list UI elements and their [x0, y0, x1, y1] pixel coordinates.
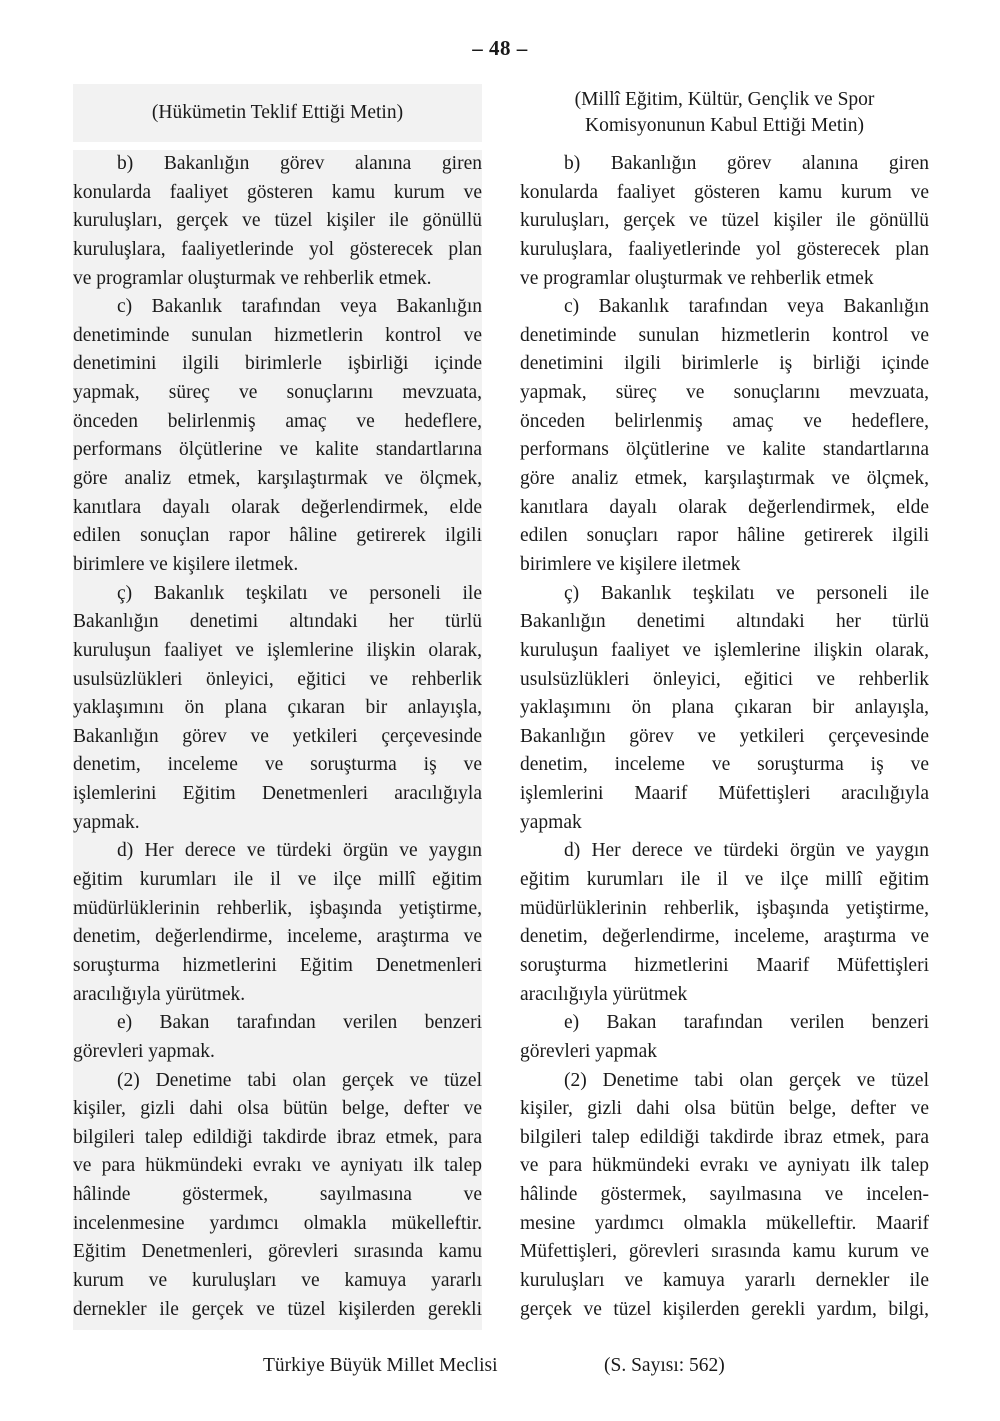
text-line: kanıtlara dayalı olarak değerlendirmek, … — [520, 494, 929, 523]
text-line: bilgileri talep edildiği takdirde ibraz … — [73, 1124, 482, 1153]
text-line: denetiminde sunulan hizmetlerin kontrol … — [520, 322, 929, 351]
text-line: birimlere ve kişilere iletmek. — [73, 551, 482, 580]
text-line: aracılığıyla yürütmek. — [73, 981, 482, 1010]
text-line: Bakanlığın görev ve yetkileri çerçevesin… — [520, 723, 929, 752]
text-line: e) Bakan tarafından verilen benzeri — [520, 1009, 929, 1038]
text-line: bilgileri talep edildiği takdirde ibraz … — [520, 1124, 929, 1153]
text-line: konularda faaliyet gösteren kamu kurum v… — [520, 179, 929, 208]
text-line: kuruluşun faaliyet ve işlemlerine ilişki… — [73, 637, 482, 666]
text-line: mesine yardımcı olmakla mükelleftir. Maa… — [520, 1210, 929, 1239]
text-line: yapmak. — [73, 809, 482, 838]
text-line: müdürlüklerinin rehberlik, işbaşında yet… — [73, 895, 482, 924]
text-line: b) Bakanlığın görev alanına giren — [520, 150, 929, 179]
text-line: işlemlerini Maarif Müfettişleri aracılığ… — [520, 780, 929, 809]
footer-institution: Türkiye Büyük Millet Meclisi — [263, 1355, 498, 1377]
text-line: kanıtlara dayalı olarak değerlendirmek, … — [73, 494, 482, 523]
commission-text-header: (Millî Eğitim, Kültür, Gençlik ve Spor K… — [520, 84, 929, 142]
text-line: kuruluşları, gerçek ve tüzel kişiler ile… — [73, 207, 482, 236]
text-line: görevleri yapmak. — [73, 1038, 482, 1067]
text-line: göre analiz etmek, karşılaştırmak ve ölç… — [73, 465, 482, 494]
text-line: yapmak, süreç ve sonuçlarını mevzuata, — [520, 379, 929, 408]
text-line: denetiminde sunulan hizmetlerin kontrol … — [73, 322, 482, 351]
text-line: denetim, değerlendirme, inceleme, araştı… — [520, 923, 929, 952]
text-line: kuruluşları, gerçek ve tüzel kişiler ile… — [520, 207, 929, 236]
text-line: yaklaşımını ön plana çıkaran bir anlayış… — [73, 694, 482, 723]
text-line: gerçek ve tüzel kişilerden gerekli yardı… — [520, 1296, 929, 1325]
text-line: aracılığıyla yürütmek — [520, 981, 929, 1010]
text-line: eğitim kurumları ile il ve ilçe millî eğ… — [73, 866, 482, 895]
commission-text-body: b) Bakanlığın görev alanına girenkonular… — [520, 150, 929, 1324]
text-line: e) Bakan tarafından verilen benzeri — [73, 1009, 482, 1038]
text-line: denetimini ilgili birimlerle işbirliği i… — [73, 350, 482, 379]
text-line: kişiler, gizli dahi olsa bütün belge, de… — [73, 1095, 482, 1124]
text-line: performans ölçütlerine ve kalite standar… — [73, 436, 482, 465]
text-line: c) Bakanlık tarafından veya Bakanlığın — [520, 293, 929, 322]
commission-text-header-line-2: Komisyonunun Kabul Ettiği Metin) — [575, 113, 875, 139]
commission-text-header-line-1: (Millî Eğitim, Kültür, Gençlik ve Spor — [575, 87, 875, 113]
footer-issue-number: (S. Sayısı: 562) — [604, 1355, 725, 1377]
text-line: ç) Bakanlık teşkilatı ve personeli ile — [73, 580, 482, 609]
text-line: müdürlüklerinin rehberlik, işbaşında yet… — [520, 895, 929, 924]
text-line: denetim, inceleme ve soruşturma iş ve — [73, 751, 482, 780]
text-line: kuruluşlara, faaliyetlerinde yol göstere… — [73, 236, 482, 265]
text-line: soruşturma hizmetlerini Eğitim Denetmenl… — [73, 952, 482, 981]
text-line: Bakanlığın denetimi altındaki her türlü — [520, 608, 929, 637]
text-line: denetimini ilgili birimlerle iş birliği … — [520, 350, 929, 379]
text-line: eğitim kurumları ile il ve ilçe millî eğ… — [520, 866, 929, 895]
page-number: – 48 – — [0, 36, 1000, 61]
text-line: ve para hükmündeki evrakı ve ayniyatı il… — [73, 1152, 482, 1181]
text-line: incelenmesine yardımcı olmakla mükelleft… — [73, 1210, 482, 1239]
text-line: kuruluşun faaliyet ve işlemlerine ilişki… — [520, 637, 929, 666]
text-line: Bakanlığın denetimi altındaki her türlü — [73, 608, 482, 637]
government-text-header-label: (Hükümetin Teklif Ettiği Metin) — [152, 100, 403, 126]
text-line: Müfettişleri, görevleri sırasında kamu k… — [520, 1238, 929, 1267]
text-line: kurum ve kuruluşları ve kamuya yararlı — [73, 1267, 482, 1296]
text-line: (2) Denetime tabi olan gerçek ve tüzel — [520, 1067, 929, 1096]
text-line: önceden belirlenmiş amaç ve hedeflere, — [73, 408, 482, 437]
text-line: hâlinde göstermek, sayılmasına ve — [73, 1181, 482, 1210]
text-line: konularda faaliyet gösteren kamu kurum v… — [73, 179, 482, 208]
text-line: usulsüzlükleri önleyici, eğitici ve rehb… — [520, 666, 929, 695]
text-line: ç) Bakanlık teşkilatı ve personeli ile — [520, 580, 929, 609]
text-line: kişiler, gizli dahi olsa bütün belge, de… — [520, 1095, 929, 1124]
text-line: usulsüzlükleri önleyici, eğitici ve rehb… — [73, 666, 482, 695]
text-line: b) Bakanlığın görev alanına giren — [73, 150, 482, 179]
text-line: (2) Denetime tabi olan gerçek ve tüzel — [73, 1067, 482, 1096]
text-line: hâlinde göstermek, sayılmasına ve incele… — [520, 1181, 929, 1210]
text-line: ve para hükmündeki evrakı ve ayniyatı il… — [520, 1152, 929, 1181]
text-line: edilen sonuçları rapor hâline getirerek … — [520, 522, 929, 551]
text-line: dernekler ile gerçek ve tüzel kişilerden… — [73, 1296, 482, 1325]
text-line: kuruluşlara, faaliyetlerinde yol göstere… — [520, 236, 929, 265]
text-line: d) Her derece ve türdeki örgün ve yaygın — [73, 837, 482, 866]
text-line: performans ölçütlerine ve kalite standar… — [520, 436, 929, 465]
text-line: Bakanlığın görev ve yetkileri çerçevesin… — [73, 723, 482, 752]
text-line: ve programlar oluşturmak ve rehberlik et… — [520, 265, 929, 294]
text-line: yapmak, süreç ve sonuçlarını mevzuata, — [73, 379, 482, 408]
text-line: işlemlerini Eğitim Denetmenleri aracılığ… — [73, 780, 482, 809]
text-line: göre analiz etmek, karşılaştırmak ve ölç… — [520, 465, 929, 494]
text-line: birimlere ve kişilere iletmek — [520, 551, 929, 580]
text-line: d) Her derece ve türdeki örgün ve yaygın — [520, 837, 929, 866]
text-line: soruşturma hizmetlerini Maarif Müfettişl… — [520, 952, 929, 981]
text-line: yaklaşımını ön plana çıkaran bir anlayış… — [520, 694, 929, 723]
text-line: Eğitim Denetmenleri, görevleri sırasında… — [73, 1238, 482, 1267]
text-line: c) Bakanlık tarafından veya Bakanlığın — [73, 293, 482, 322]
text-line: yapmak — [520, 809, 929, 838]
text-line: görevleri yapmak — [520, 1038, 929, 1067]
text-line: önceden belirlenmiş amaç ve hedeflere, — [520, 408, 929, 437]
government-text-body: b) Bakanlığın görev alanına girenkonular… — [73, 150, 482, 1330]
text-line: edilen sonuçlan rapor hâline getirerek i… — [73, 522, 482, 551]
text-line: denetim, inceleme ve soruşturma iş ve — [520, 751, 929, 780]
text-line: kuruluşları ve kamuya yararlı dernekler … — [520, 1267, 929, 1296]
text-line: denetim, değerlendirme, inceleme, araştı… — [73, 923, 482, 952]
text-line: ve programlar oluşturmak ve rehberlik et… — [73, 265, 482, 294]
government-text-header: (Hükümetin Teklif Ettiği Metin) — [73, 84, 482, 142]
